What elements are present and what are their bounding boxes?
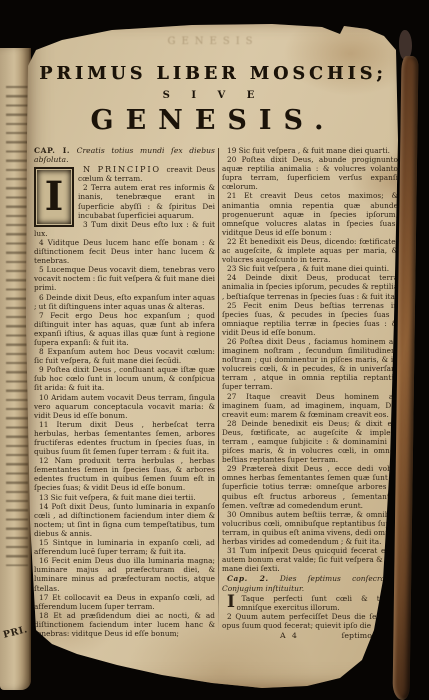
- verse: 17 Et collocavit ea Deus in expanſo cœli…: [34, 593, 215, 611]
- verse: 9 Poſtea dixit Deus , confluant aquæ iſt…: [34, 365, 215, 392]
- verse: ITaque perfecti ſunt cœli & terra, omniſ…: [222, 594, 398, 612]
- verse: 22 Et benedixit eis Deus, dicendo: fœtif…: [222, 237, 398, 264]
- verse-number: 22: [227, 237, 239, 246]
- showthrough-header: GENESIS: [22, 36, 404, 47]
- title-genesis: GENESIS.: [22, 105, 404, 136]
- verse: 12 Nam produxit terra herbulas , herbas …: [34, 456, 215, 492]
- chapter-1-label: CAP. I.: [34, 146, 70, 155]
- verse-number: 21: [227, 191, 244, 200]
- verse: 19 Sic fuit veſpera , & fuit mane diei q…: [222, 146, 398, 155]
- book-photo: PRI. GENESIS PRIMUS LIBER MOSCHIS; S I V…: [0, 0, 429, 700]
- verse-number: 3: [83, 220, 91, 229]
- verse-number: 7: [39, 311, 50, 320]
- signature-row: A 4 ſeptimo: [222, 631, 398, 640]
- text-column-right: 19 Sic fuit veſpera , & fuit mane diei q…: [222, 146, 398, 640]
- verse: 29 Prætereà dixit Deus , ecce dedi vobis…: [222, 464, 398, 509]
- ornate-initial-I: I: [34, 167, 74, 227]
- catchword: ſeptimo: [341, 631, 372, 640]
- verse-number: 26: [227, 337, 240, 346]
- illegible-text-edge: [6, 86, 28, 566]
- verse-number: 12: [39, 456, 55, 465]
- verse-number: 25: [227, 301, 243, 310]
- verse: 6 Deinde dixit Deus, eſto expanſum inter…: [34, 293, 215, 311]
- verse: 4 Viditque Deus lucem hanc eſſe bonam : …: [34, 238, 215, 265]
- verse-number: 19: [227, 146, 239, 155]
- verses-1-18: N PRINCIPIO creavit Deus cœlum & terram.…: [34, 165, 215, 638]
- incipit-caps: N PRINCIPIO: [83, 164, 167, 174]
- verse-number: 24: [227, 273, 245, 282]
- verse-number: 10: [39, 393, 51, 402]
- verse: 28 Deinde benedixit eis Deus; & dixit ei…: [222, 419, 398, 464]
- verse-number: 6: [39, 293, 46, 302]
- verse-number: 23: [227, 264, 239, 273]
- verse: 14 Poſt dixit Deus, ſunto luminaria in e…: [34, 502, 215, 538]
- verse-number: 18: [39, 611, 53, 620]
- verse-number: 4: [39, 238, 48, 247]
- verse: 16 Fecit enim Deus duo illa luminaria ma…: [34, 556, 215, 592]
- verse-initial: I: [222, 594, 235, 610]
- verse-number: 2: [83, 183, 91, 192]
- verse: 27 Itaque creavit Deus hominem ad imagin…: [222, 392, 398, 419]
- verse-number: 27: [227, 392, 246, 401]
- verse-number: 29: [227, 464, 242, 473]
- verse: 10 Aridam autem vocavit Deus terram, ſin…: [34, 393, 215, 420]
- verse: 31 Tum inſpexit Deus quicquid fecerat ec…: [222, 546, 398, 573]
- verse-number: 8: [39, 347, 48, 356]
- text-columns: CAP. I. Creatis totius mundi ſex diebus …: [34, 146, 398, 640]
- verse: 25 Fecit enim Deus beſtias terrenas in ſ…: [222, 301, 398, 337]
- verse: 26 Poſtea dixit Deus , faciamus hominem …: [222, 337, 398, 392]
- previous-page-edge: PRI.: [0, 48, 31, 690]
- verse-number: 11: [39, 420, 56, 429]
- verse-number: 15: [39, 538, 53, 547]
- chapter-2-label: Cap. 2.: [227, 574, 269, 583]
- chapter-1-heading: CAP. I. Creatis totius mundi ſex diebus …: [34, 146, 215, 164]
- title-block: PRIMUS LIBER MOSCHIS; S I V E GENESIS.: [22, 64, 404, 136]
- signature-mark: A 4: [280, 631, 299, 640]
- verse: 23 Sic fuit veſpera , & fuit mane diei q…: [222, 264, 398, 273]
- verse: 13 Sic fuit veſpera, & fuit mane diei te…: [34, 493, 215, 502]
- verse-number: 14: [39, 502, 51, 511]
- verse: 7 Fecit ergo Deus hoc expanſum ; quod di…: [34, 311, 215, 347]
- verse-number: 13: [39, 493, 51, 502]
- verse: 2 Quum autem perfeciſſet Deus die ſeptim…: [222, 612, 398, 630]
- title-sive: S I V E: [22, 90, 404, 101]
- verse-number: 17: [39, 593, 52, 602]
- text-column-left: CAP. I. Creatis totius mundi ſex diebus …: [34, 146, 215, 640]
- book-page: GENESIS PRIMUS LIBER MOSCHIS; S I V E GE…: [22, 20, 404, 692]
- verse: 11 Iterum dixit Deus , herbeſcat terra h…: [34, 420, 215, 456]
- verse: 21 Et creavit Deus cetos maximos; & anim…: [222, 191, 398, 236]
- verse-number: 20: [227, 155, 242, 164]
- verse: 18 Et ad præſidendum diei ac nocti, & ad…: [34, 611, 215, 638]
- chapter-2-heading: Cap. 2. Dies ſeptimus conſecratur, Conju…: [222, 574, 398, 592]
- previous-page-catchword: PRI.: [2, 624, 29, 641]
- column-divider-rule: [218, 148, 219, 632]
- verse: 8 Expanſum autem hoc Deus vocavit cœlum:…: [34, 347, 215, 365]
- verse: 15 Sintque in luminaria in expanſo cœli,…: [34, 538, 215, 556]
- verse: 20 Poſtea dixit Deus, abunde progignunto…: [222, 155, 398, 191]
- verse-number: 31: [227, 546, 240, 555]
- verse-number: 9: [39, 365, 46, 374]
- verse-number: 16: [39, 556, 51, 565]
- verse-number: 2: [227, 612, 235, 621]
- verse-number: 5: [39, 265, 46, 274]
- verse: 30 Omnibus autem beſtiis terræ, & omnibu…: [222, 510, 398, 546]
- verse: 24 Deinde dixit Deus, producat terra ani…: [222, 273, 398, 300]
- chapter-2-verses: ITaque perfecti ſunt cœli & terra, omniſ…: [222, 594, 398, 630]
- verse-number: 28: [227, 419, 241, 428]
- verse: 5 Lucemque Deus vocavit diem, tenebras v…: [34, 265, 215, 292]
- verses-19-31: 19 Sic fuit veſpera , & fuit mane diei q…: [222, 146, 398, 573]
- verse-number: 30: [227, 510, 240, 519]
- book-title: PRIMUS LIBER MOSCHIS;: [22, 64, 404, 84]
